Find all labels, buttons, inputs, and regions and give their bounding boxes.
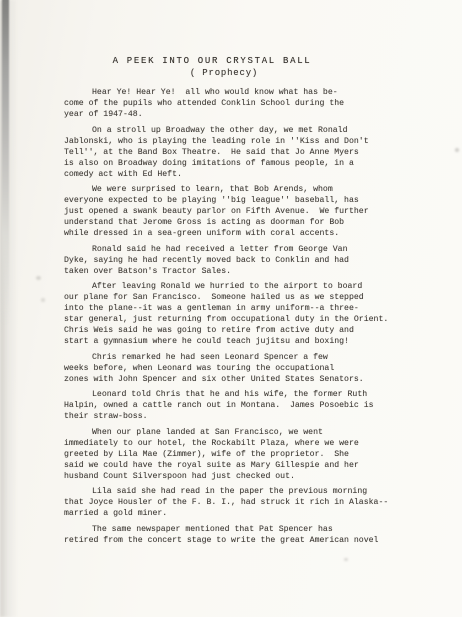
paragraph-broadway: On a stroll up Broadway the other day, w… [64,125,408,180]
paragraph-novel: The same newspaper mentioned that Pat Sp… [64,524,408,546]
scan-smudge [344,558,348,561]
document-body: Hear Ye! Hear Ye! all who would know wha… [64,87,408,550]
paragraph-senators: Chris remarked he had seen Leonard Spenc… [64,352,408,385]
paragraph-cattle-ranch: Leonard told Chris that he and his wife,… [64,389,408,422]
paragraph-beauty-parlor: We were surprised to learn, that Bob Are… [64,184,408,239]
paragraph-hotel: When our plane landed at San Francisco, … [64,427,408,482]
paragraph-tractor-sales: Ronald said he had received a letter fro… [64,244,408,277]
paragraph-intro: Hear Ye! Hear Ye! all who would know wha… [64,87,408,120]
page-title: A PEEK INTO OUR CRYSTAL BALL [64,56,360,66]
scan-smudge [41,298,45,302]
scan-smudge [455,148,459,152]
scanned-document-page: A PEEK INTO OUR CRYSTAL BALL ( Prophecy)… [0,0,462,617]
page-subtitle: ( Prophecy) [76,68,372,78]
scan-corner-strip [2,0,9,326]
paragraph-gold-miner: Lila said she had read in the paper the … [64,486,408,519]
scan-smudge [36,276,41,280]
paragraph-airport: After leaving Ronald we hurried to the a… [64,281,408,347]
